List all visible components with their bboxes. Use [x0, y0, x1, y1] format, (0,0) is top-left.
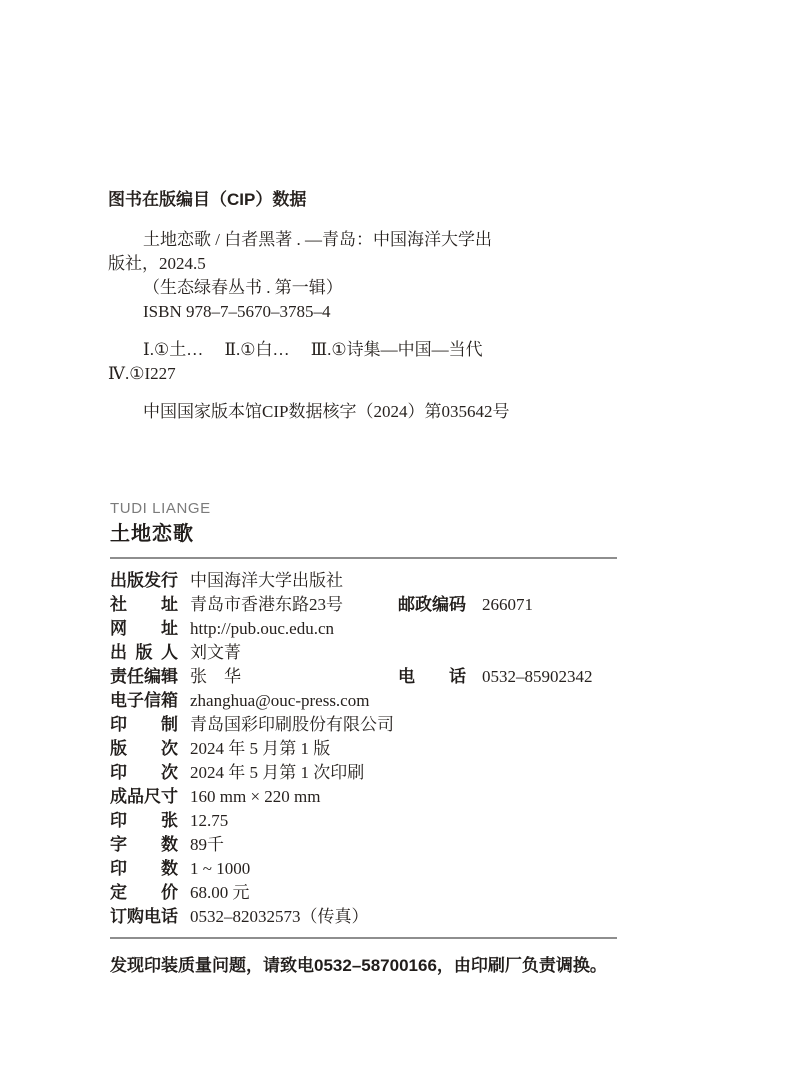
quality-notice: 发现印装质量问题，请致电0532–58700166，由印刷厂负责调换。 — [110, 954, 617, 978]
row-label: 出版发行 — [110, 569, 178, 593]
row-value: 青岛国彩印刷股份有限公司 — [190, 715, 394, 734]
row-value: 中国海洋大学出版社 — [190, 571, 343, 590]
cip-classification: Ⅰ.①土… Ⅱ.①白… Ⅲ.①诗集—中国—当代 Ⅳ.①I227 — [108, 338, 538, 386]
row-label: 印张 — [110, 809, 178, 833]
row-price: 定价68.00 元 — [110, 881, 617, 905]
row-label: 网址 — [110, 617, 178, 641]
row-printer: 印制青岛国彩印刷股份有限公司 — [110, 713, 617, 737]
row-edition: 版次2024 年 5 月第 1 版 — [110, 737, 617, 761]
row-label: 责任编辑 — [110, 665, 178, 689]
row-value: 68.00 元 — [190, 883, 250, 902]
row-label: 电子信箱 — [110, 689, 178, 713]
row-value: 2024 年 5 月第 1 版 — [190, 739, 330, 758]
row-value: 0532–82032573（传真） — [190, 907, 369, 926]
row-value-secondary: 266071 — [482, 595, 533, 614]
row-value: 2024 年 5 月第 1 次印刷 — [190, 763, 364, 782]
row-value: 160 mm × 220 mm — [190, 787, 320, 806]
cip-record-number: 中国国家版本馆CIP数据核字（2024）第035642号 — [108, 400, 538, 424]
row-email: 电子信箱zhanghua@ouc-press.com — [110, 689, 617, 713]
row-label: 印数 — [110, 857, 178, 881]
cip-class-line-2: Ⅳ.①I227 — [108, 362, 538, 386]
row-value: http://pub.ouc.edu.cn — [190, 619, 334, 638]
row-value-secondary: 0532–85902342 — [482, 667, 593, 686]
row-value: 89千 — [190, 835, 224, 854]
row-value: 张 华 — [190, 667, 241, 686]
row-label: 社址 — [110, 593, 178, 617]
row-value: 青岛市香港东路23号 — [190, 595, 343, 614]
row-value: 12.75 — [190, 811, 228, 830]
cip-section: 图书在版编目（CIP）数据 土地恋歌 / 白者黑著 . —青岛：中国海洋大学出 … — [108, 188, 538, 424]
row-print-run: 印数1 ~ 1000 — [110, 857, 617, 881]
row-value: 1 ~ 1000 — [190, 859, 250, 878]
row-publisher: 出版发行中国海洋大学出版社 — [110, 569, 617, 593]
book-copyright-page: 图书在版编目（CIP）数据 土地恋歌 / 白者黑著 . —青岛：中国海洋大学出 … — [0, 0, 799, 1088]
row-postcode: 邮政编码266071 — [398, 593, 533, 617]
row-printed-sheets: 印张12.75 — [110, 809, 617, 833]
row-label: 出版人 — [110, 641, 178, 665]
cip-title-line-1: 土地恋歌 / 白者黑著 . —青岛：中国海洋大学出 — [108, 228, 538, 252]
row-value: 刘文菁 — [190, 643, 241, 662]
row-trim-size: 成品尺寸160 mm × 220 mm — [110, 785, 617, 809]
cip-class-line-1: Ⅰ.①土… Ⅱ.①白… Ⅲ.①诗集—中国—当代 — [108, 338, 538, 362]
row-order-phone: 订购电话0532–82032573（传真） — [110, 905, 617, 929]
colophon-rows: 出版发行中国海洋大学出版社 社址青岛市香港东路23号 邮政编码266071 网址… — [110, 569, 617, 929]
row-publisher-person: 出版人刘文菁 — [110, 641, 617, 665]
cip-bibliography: 土地恋歌 / 白者黑著 . —青岛：中国海洋大学出 版社，2024.5 （生态绿… — [108, 228, 538, 324]
row-telephone: 电话0532–85902342 — [398, 665, 593, 689]
row-label: 订购电话 — [110, 905, 178, 929]
row-label: 版次 — [110, 737, 178, 761]
row-label: 印制 — [110, 713, 178, 737]
divider-top — [110, 557, 617, 559]
row-label: 成品尺寸 — [110, 785, 178, 809]
row-editor: 责任编辑张 华 电话0532–85902342 — [110, 665, 617, 689]
row-value: zhanghua@ouc-press.com — [190, 691, 369, 710]
row-website: 网址http://pub.ouc.edu.cn — [110, 617, 617, 641]
row-word-count: 字数89千 — [110, 833, 617, 857]
row-label: 字数 — [110, 833, 178, 857]
cip-series-line: （生态绿春丛书 . 第一辑） — [108, 276, 538, 300]
row-impression: 印次2024 年 5 月第 1 次印刷 — [110, 761, 617, 785]
row-address: 社址青岛市香港东路23号 邮政编码266071 — [110, 593, 617, 617]
book-title-pinyin: TUDI LIANGE — [110, 500, 617, 518]
row-label-secondary: 电话 — [398, 665, 466, 689]
row-label: 定价 — [110, 881, 178, 905]
colophon-section: TUDI LIANGE 土地恋歌 出版发行中国海洋大学出版社 社址青岛市香港东路… — [110, 500, 617, 978]
cip-isbn-line: ISBN 978–7–5670–3785–4 — [108, 300, 538, 324]
cip-heading: 图书在版编目（CIP）数据 — [108, 188, 538, 212]
divider-bottom — [110, 937, 617, 939]
row-label-secondary: 邮政编码 — [398, 593, 466, 617]
book-title: 土地恋歌 — [110, 520, 617, 548]
cip-title-line-2: 版社，2024.5 — [108, 252, 538, 276]
row-label: 印次 — [110, 761, 178, 785]
